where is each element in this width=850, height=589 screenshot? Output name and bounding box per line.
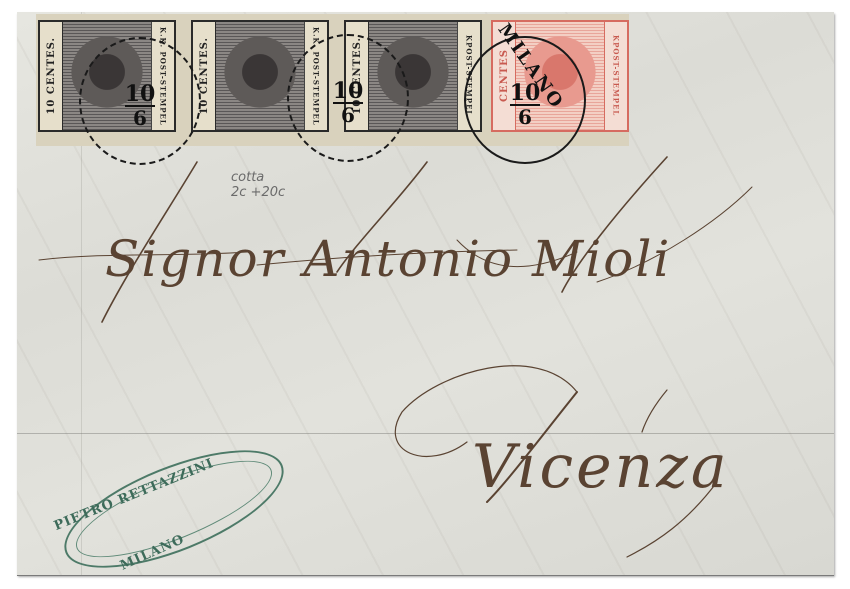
address-city: Vicenza [472, 432, 730, 502]
address-recipient: Signor Antonio Mioli [105, 230, 671, 288]
